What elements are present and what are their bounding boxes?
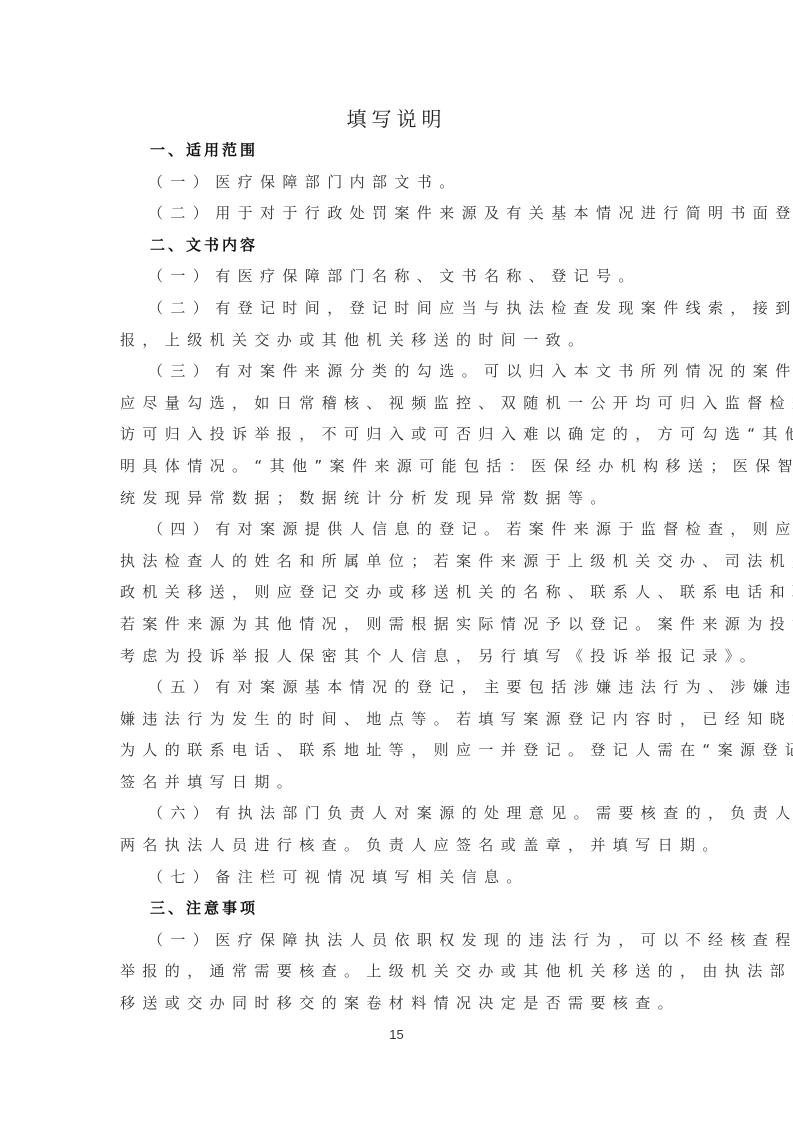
paragraph-line: 嫌违法行为发生的时间、地点等。若填写案源登记内容时，已经知晓涉嫌违法行 [120, 704, 680, 736]
paragraph-line: 统发现异常数据；数据统计分析发现异常数据等。 [120, 483, 680, 515]
paragraph-line: 执法检查人的姓名和所属单位；若案件来源于上级机关交办、司法机关或其他行 [120, 546, 680, 578]
section-heading: 一、适用范围 [120, 135, 680, 167]
section-heading: 二、文书内容 [120, 230, 680, 262]
page-title: 填写说明 [0, 103, 793, 132]
paragraph-line: （一）医疗保障执法人员依职权发现的违法行为，可以不经核查程序。投诉 [120, 925, 680, 957]
page-number: 15 [0, 1027, 793, 1042]
paragraph-line: 举报的，通常需要核查。上级机关交办或其他机关移送的，由执法部门负责人视 [120, 956, 680, 988]
paragraph-line: （六）有执法部门负责人对案源的处理意见。需要核查的，负责人可以指派 [120, 798, 680, 830]
paragraph-line: （一）有医疗保障部门名称、文书名称、登记号。 [120, 261, 680, 293]
document-body: 一、适用范围（一）医疗保障部门内部文书。（二）用于对于行政处罚案件来源及有关基本… [120, 135, 680, 1020]
paragraph-line: （四）有对案源提供人信息的登记。若案件来源于监督检查，则应登记两名 [120, 514, 680, 546]
paragraph-line: （三）有对案件来源分类的勾选。可以归入本文书所列情况的案件来源分类 [120, 356, 680, 388]
paragraph-line: 应尽量勾选，如日常稽核、视频监控、双随机一公开均可归入监督检查，来信来 [120, 388, 680, 420]
section-heading: 三、注意事项 [120, 893, 680, 925]
paragraph-line: 两名执法人员进行核查。负责人应签名或盖章，并填写日期。 [120, 830, 680, 862]
paragraph-line: （二）有登记时间，登记时间应当与执法检查发现案件线索，接到投诉、举 [120, 293, 680, 325]
paragraph-line: 明具体情况。“其他”案件来源可能包括：医保经办机构移送；医保智能监控系 [120, 451, 680, 483]
document-page: 填写说明 一、适用范围（一）医疗保障部门内部文书。（二）用于对于行政处罚案件来源… [0, 0, 793, 1122]
paragraph-line: （五）有对案源基本情况的登记，主要包括涉嫌违法行为、涉嫌违法人及涉 [120, 672, 680, 704]
paragraph-line: 报，上级机关交办或其他机关移送的时间一致。 [120, 325, 680, 357]
paragraph-line: 访可归入投诉举报，不可归入或可否归入难以确定的，方可勾选“其他”，并说 [120, 419, 680, 451]
paragraph-line: （一）医疗保障部门内部文书。 [120, 167, 680, 199]
paragraph-line: 签名并填写日期。 [120, 767, 680, 799]
paragraph-line: 若案件来源为其他情况，则需根据实际情况予以登记。案件来源为投诉举报的， [120, 609, 680, 641]
paragraph-line: 移送或交办同时移交的案卷材料情况决定是否需要核查。 [120, 988, 680, 1020]
paragraph-line: 考虑为投诉举报人保密其个人信息，另行填写《投诉举报记录》。 [120, 641, 680, 673]
paragraph-line: 政机关移送，则应登记交办或移送机关的名称、联系人、联系电话和联系地址； [120, 577, 680, 609]
paragraph-line: 为人的联系电话、联系地址等，则应一并登记。登记人需在“案源登记内容”处 [120, 735, 680, 767]
paragraph-line: （二）用于对于行政处罚案件来源及有关基本情况进行简明书面登记。 [120, 198, 680, 230]
paragraph-line: （七）备注栏可视情况填写相关信息。 [120, 862, 680, 894]
